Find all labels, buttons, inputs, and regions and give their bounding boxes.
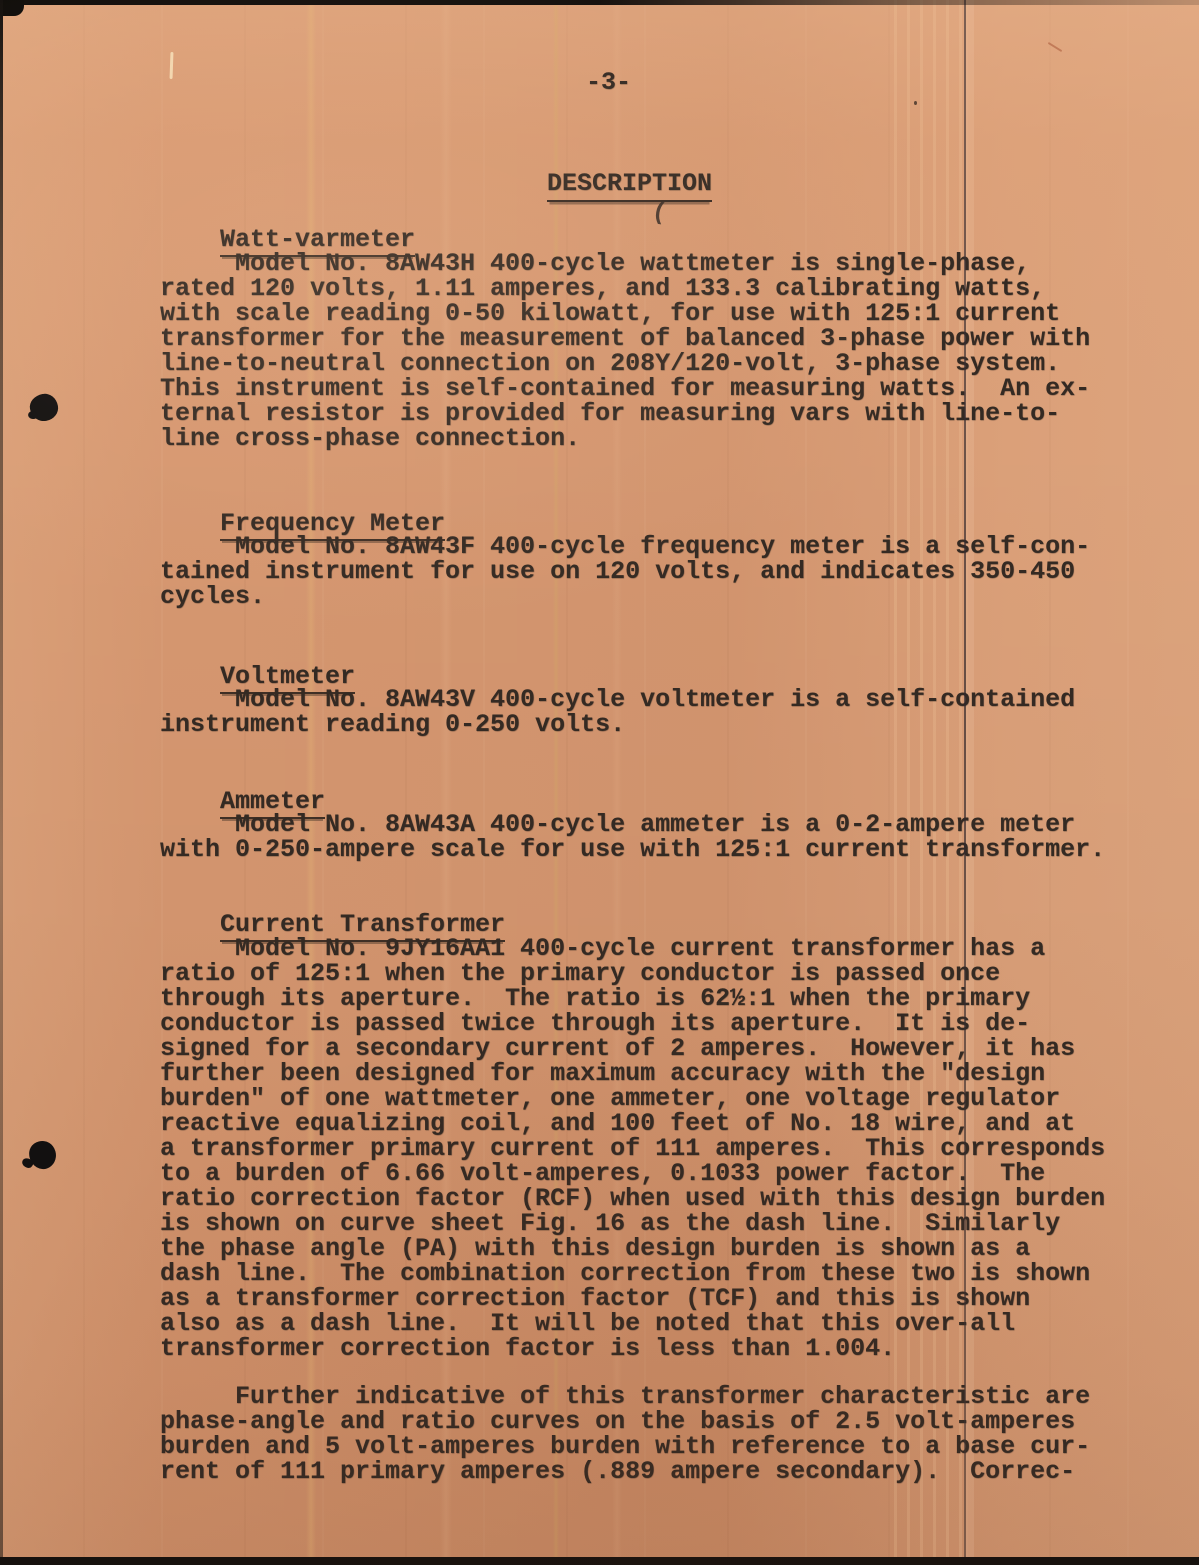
paragraph-current-transformer-2: Further indicative of this transformer c… (160, 1384, 1090, 1484)
scanned-document-page: -3- DESCRIPTION Watt-varmeter Model No. … (0, 0, 1199, 1565)
paper-speck (903, 309, 906, 312)
paragraph-voltmeter: Model No. 8AW43V 400-cycle voltmeter is … (160, 687, 1075, 737)
page-number: -3- (9, 70, 1199, 95)
document-title-text: DESCRIPTION (547, 171, 712, 202)
paragraph-watt-varmeter: Model No. 8AW43H 400-cycle wattmeter is … (160, 251, 1090, 451)
ink-blot-hole-punch-top (28, 392, 60, 423)
ink-blot-hole-punch-bottom (28, 1140, 58, 1171)
scan-edge-top (0, 0, 1199, 5)
paper-speck (1048, 42, 1063, 52)
paragraph-frequency-meter: Model No. 8AW43F 400-cycle frequency met… (160, 534, 1090, 609)
scan-edge-bottom (0, 1557, 1199, 1565)
vertical-crease-line (964, 0, 966, 1565)
paper-speck (914, 101, 917, 105)
scan-edge-corner (0, 0, 24, 16)
scan-edge-left (0, 0, 3, 1565)
